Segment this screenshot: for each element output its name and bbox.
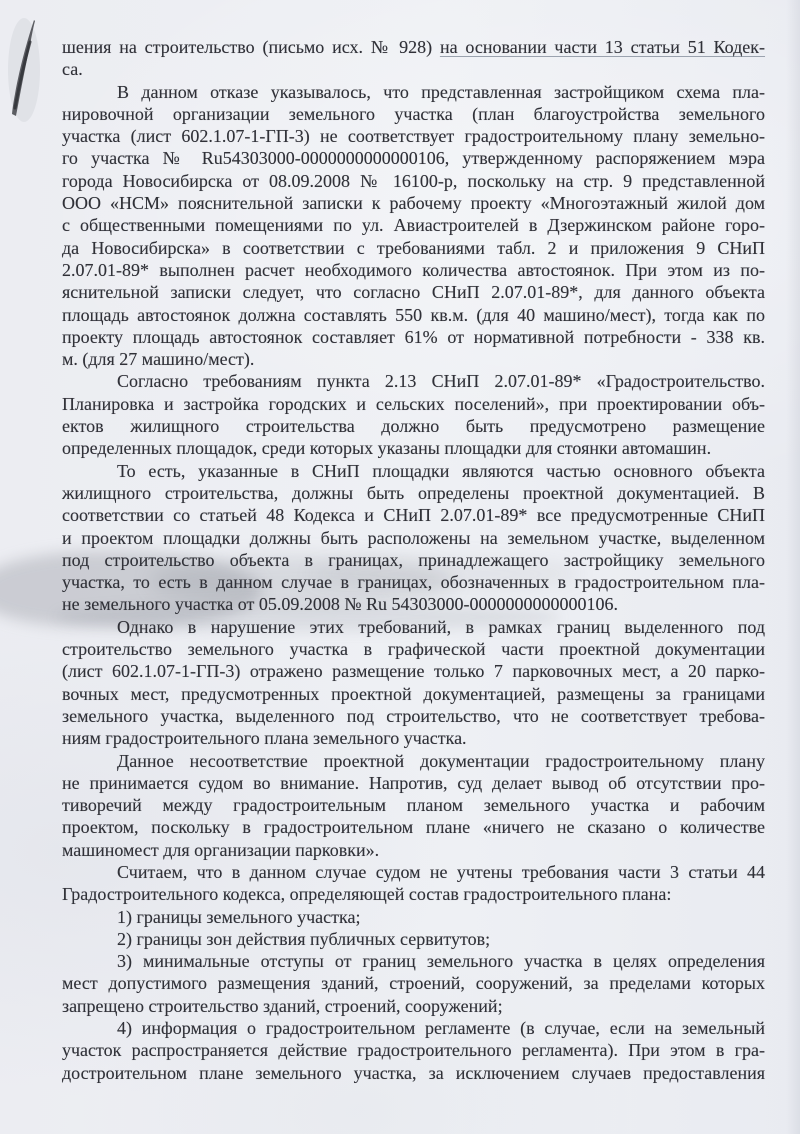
text-segment: Данное несоответствие проектной документ… <box>117 751 765 771</box>
text-segment: 3) минимальные отступы от границ земельн… <box>117 951 765 971</box>
text-segment: ектов жилищного строительства должно быт… <box>62 416 765 436</box>
text-line: тиворечий между градостроительным планом… <box>62 794 765 816</box>
text-segment: определенных площадок, среди которых ука… <box>62 438 711 458</box>
text-line: соответствии со статьей 48 Кодекса и СНи… <box>62 504 765 526</box>
text-line: да Новосибирска» в соответствии с требов… <box>62 237 765 259</box>
text-line: м. (для 27 машино/мест). <box>62 348 765 370</box>
text-segment: запрещено строительство зданий, строений… <box>62 996 503 1016</box>
text-line: и проектом площадки должны быть располож… <box>62 527 765 549</box>
text-segment: площадь автостоянок должна составлять 55… <box>62 305 765 325</box>
text-line: (лист 602.1.07-1-ГП-3) отражено размещен… <box>62 660 765 682</box>
text-line: В данном отказе указывалось, что предста… <box>62 81 765 103</box>
paragraph: То есть, указанные в СНиП площадки являю… <box>62 460 765 616</box>
text-line: Однако в нарушение этих требований, в ра… <box>62 616 765 638</box>
text-segment: То есть, указанные в СНиП площадки являю… <box>117 461 765 481</box>
text-line: строительство земельного участка в графи… <box>62 638 765 660</box>
paragraph: В данном отказе указывалось, что предста… <box>62 81 765 371</box>
text-segment: машиномест для организации парковки». <box>62 840 379 860</box>
text-segment: 2.07.01-89* выполнен расчет необходимого… <box>62 260 765 280</box>
text-line: 3) минимальные отступы от границ земельн… <box>62 950 765 972</box>
text-segment: м. (для 27 машино/мест). <box>62 349 254 369</box>
paragraph: шения на строительство (письмо исх. № 92… <box>62 36 765 81</box>
text-segment: участок распространяется действие градос… <box>62 1040 765 1060</box>
paragraph: Согласно требованиям пункта 2.13 СНиП 2.… <box>62 370 765 459</box>
text-segment: и проектом площадки должны быть располож… <box>62 528 765 548</box>
text-line: шения на строительство (письмо исх. № 92… <box>62 36 765 58</box>
text-line: са. <box>62 58 765 80</box>
text-line: участка (лист 602.1.07-1-ГП-3) не соотве… <box>62 125 765 147</box>
text-line: под строительство объекта в границах, пр… <box>62 549 765 571</box>
text-segment: вочных мест, предусмотренных проектной д… <box>62 684 765 704</box>
text-segment: земельного участка, выделенного под стро… <box>62 706 765 726</box>
text-segment: города Новосибирска от 08.09.2008 № 1610… <box>62 171 765 191</box>
text-line: не принимается судом во внимание. Напрот… <box>62 772 765 794</box>
text-line: ООО «НСМ» пояснительной записки к рабоче… <box>62 192 765 214</box>
text-segment: проектом, поскольку в градостроительном … <box>62 817 765 837</box>
text-segment: под строительство объекта в границах, пр… <box>62 550 765 570</box>
text-line: 2.07.01-89* выполнен расчет необходимого… <box>62 259 765 281</box>
text-line: участок распространяется действие градос… <box>62 1039 765 1061</box>
text-line: проектом, поскольку в градостроительном … <box>62 816 765 838</box>
text-segment: не принимается судом во внимание. Напрот… <box>62 773 765 793</box>
text-line: 4) информация о градостроительном реглам… <box>62 1017 765 1039</box>
text-line: с общественными помещениями по ул. Авиас… <box>62 214 765 236</box>
text-segment: Планировка и застройка городских и сельс… <box>62 394 765 414</box>
text-segment: соответствии со статьей 48 Кодекса и СНи… <box>62 505 765 525</box>
text-segment: проекту площадь автостоянок составляет 6… <box>62 327 765 347</box>
underlined-text-segment: на основании части 13 статьи 51 Кодек- <box>440 37 765 57</box>
text-segment: са. <box>62 59 83 79</box>
paragraph: Однако в нарушение этих требований, в ра… <box>62 616 765 750</box>
text-line: площадь автостоянок должна составлять 55… <box>62 304 765 326</box>
text-line: запрещено строительство зданий, строений… <box>62 995 765 1017</box>
text-segment: не земельного участка от 05.09.2008 № Ru… <box>62 594 618 614</box>
text-segment: тиворечий между градостроительным планом… <box>62 795 765 815</box>
text-segment: нировочной организации земельного участк… <box>62 104 765 124</box>
text-line: 2) границы зон действия публичных сервит… <box>62 928 765 950</box>
text-segment: (лист 602.1.07-1-ГП-3) отражено размещен… <box>62 661 765 681</box>
text-segment: Считаем, что в данном случае судом не уч… <box>117 862 765 882</box>
text-segment: 2) границы зон действия публичных сервит… <box>117 929 490 949</box>
text-line: участка, то есть в данном случае в грани… <box>62 571 765 593</box>
text-line: машиномест для организации парковки». <box>62 839 765 861</box>
text-line: Градостроительного кодекса, определяющей… <box>62 883 765 905</box>
text-segment: Градостроительного кодекса, определяющей… <box>62 884 671 904</box>
text-segment: В данном отказе указывалось, что предста… <box>117 82 765 102</box>
text-line: го участка № Ru54303000-0000000000000106… <box>62 147 765 169</box>
text-segment: участка, то есть в данном случае в грани… <box>62 572 765 592</box>
document-page: шения на строительство (письмо исх. № 92… <box>0 0 800 1134</box>
text-line: ниям градостроительного плана земельного… <box>62 727 765 749</box>
text-line: Считаем, что в данном случае судом не уч… <box>62 861 765 883</box>
text-segment: да Новосибирска» в соответствии с требов… <box>62 238 765 258</box>
text-segment: участка (лист 602.1.07-1-ГП-3) не соотве… <box>62 126 765 146</box>
text-line: ектов жилищного строительства должно быт… <box>62 415 765 437</box>
text-line: Согласно требованиям пункта 2.13 СНиП 2.… <box>62 370 765 392</box>
text-line: нировочной организации земельного участк… <box>62 103 765 125</box>
text-line: достроительном плане земельного участка,… <box>62 1062 765 1084</box>
text-segment: ООО «НСМ» пояснительной записки к рабоче… <box>62 193 765 213</box>
paragraph: 1) границы земельного участка; <box>62 906 765 928</box>
text-segment: го участка № Ru54303000-0000000000000106… <box>62 148 765 168</box>
text-line: яснительной записки следует, что согласн… <box>62 281 765 303</box>
text-segment: с общественными помещениями по ул. Авиас… <box>62 215 765 235</box>
text-line: Планировка и застройка городских и сельс… <box>62 393 765 415</box>
text-line: города Новосибирска от 08.09.2008 № 1610… <box>62 170 765 192</box>
text-segment: ниям градостроительного плана земельного… <box>62 728 467 748</box>
text-segment: шения на строительство (письмо исх. № 92… <box>62 37 440 57</box>
text-line: То есть, указанные в СНиП площадки являю… <box>62 460 765 482</box>
text-segment: строительство земельного участка в графи… <box>62 639 765 659</box>
text-segment: 4) информация о градостроительном реглам… <box>117 1018 765 1038</box>
text-line: определенных площадок, среди которых ука… <box>62 437 765 459</box>
text-segment: Согласно требованиям пункта 2.13 СНиП 2.… <box>117 371 765 391</box>
text-line: Данное несоответствие проектной документ… <box>62 750 765 772</box>
text-segment: жилищного строительства, должны быть опр… <box>62 483 765 503</box>
pen-mark-artifact <box>0 8 64 132</box>
text-line: жилищного строительства, должны быть опр… <box>62 482 765 504</box>
paragraph: 4) информация о градостроительном реглам… <box>62 1017 765 1084</box>
text-line: вочных мест, предусмотренных проектной д… <box>62 683 765 705</box>
paragraph: 3) минимальные отступы от границ земельн… <box>62 950 765 1017</box>
paragraph: 2) границы зон действия публичных сервит… <box>62 928 765 950</box>
text-segment: Однако в нарушение этих требований, в ра… <box>117 617 765 637</box>
text-segment: яснительной записки следует, что согласн… <box>62 282 765 302</box>
text-line: проекту площадь автостоянок составляет 6… <box>62 326 765 348</box>
paragraph: Считаем, что в данном случае судом не уч… <box>62 861 765 906</box>
text-segment: мест допустимого размещения зданий, стро… <box>62 973 765 993</box>
text-segment: достроительном плане земельного участка,… <box>62 1063 765 1083</box>
text-line: не земельного участка от 05.09.2008 № Ru… <box>62 593 765 615</box>
paragraph: Данное несоответствие проектной документ… <box>62 750 765 861</box>
document-text-block: шения на строительство (письмо исх. № 92… <box>62 36 765 1084</box>
text-line: 1) границы земельного участка; <box>62 906 765 928</box>
text-line: мест допустимого размещения зданий, стро… <box>62 972 765 994</box>
text-segment: 1) границы земельного участка; <box>117 907 360 927</box>
text-line: земельного участка, выделенного под стро… <box>62 705 765 727</box>
